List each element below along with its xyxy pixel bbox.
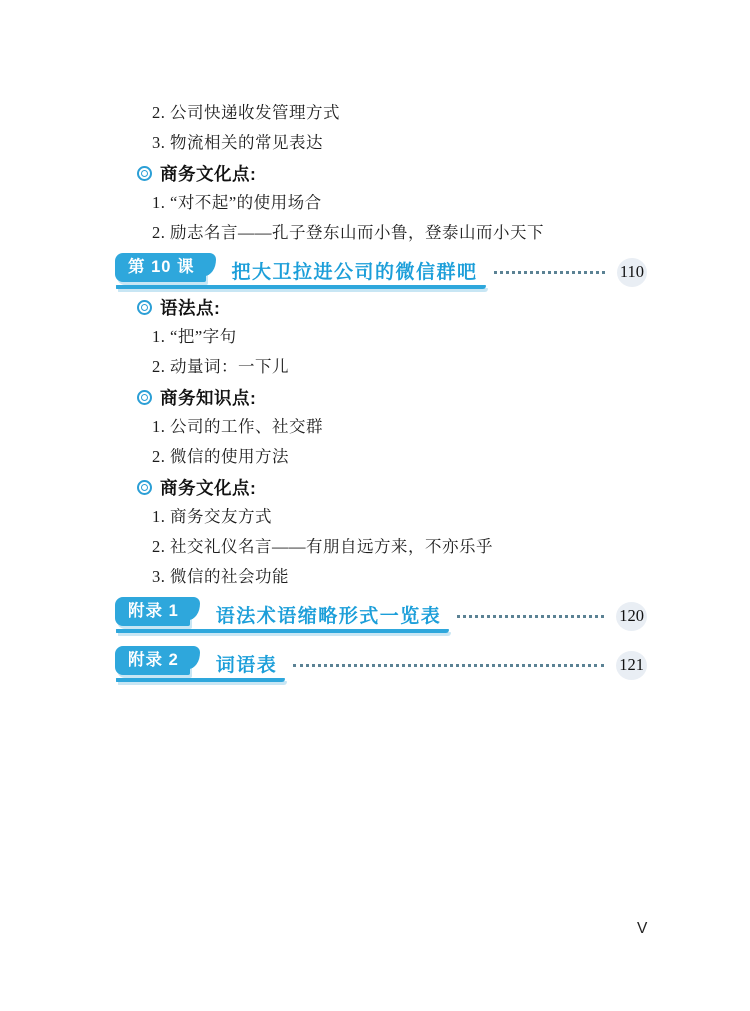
section-heading-label: 语法点: xyxy=(160,295,220,320)
toc-item: 2. 微信的使用方法 xyxy=(115,448,647,466)
appendix-badge: 附录 2 xyxy=(115,646,190,675)
appendix-head: 附录 1 语法术语缩略形式一览表 xyxy=(115,597,441,633)
appendix-title: 词语表 xyxy=(216,656,278,675)
double-circle-bullet-icon xyxy=(137,390,152,405)
page-number-badge: 110 xyxy=(617,258,647,287)
dotted-leader xyxy=(457,615,604,618)
toc-item: 2. 动量词：一下儿 xyxy=(115,358,647,376)
toc-item: 2. 公司快递收发管理方式 xyxy=(115,104,647,122)
lesson-entry: 第 10 课 把大卫拉进公司的微信群吧 110 xyxy=(115,254,647,288)
dotted-leader xyxy=(293,664,604,667)
dotted-leader xyxy=(494,271,605,274)
folio-page-number: V xyxy=(637,920,647,938)
appendix-title: 语法术语缩略形式一览表 xyxy=(216,607,442,626)
section-heading: 商务知识点: xyxy=(115,388,647,406)
double-circle-bullet-icon xyxy=(137,480,152,495)
section-heading: 商务文化点: xyxy=(115,478,647,496)
section-heading-label: 商务文化点: xyxy=(160,475,256,500)
toc-item: 1. 公司的工作、社交群 xyxy=(115,418,647,436)
section-heading-label: 商务文化点: xyxy=(160,161,256,186)
double-circle-bullet-icon xyxy=(137,300,152,315)
toc-item: 1. “对不起”的使用场合 xyxy=(115,194,647,212)
toc-item: 2. 社交礼仪名言——有朋自远方来，不亦乐乎 xyxy=(115,538,647,556)
toc-item: 1. “把”字句 xyxy=(115,328,647,346)
toc-item: 3. 微信的社会功能 xyxy=(115,568,647,586)
double-circle-bullet-icon xyxy=(137,166,152,181)
toc-item: 2. 励志名言——孔子登东山而小鲁，登泰山而小天下 xyxy=(115,224,647,242)
appendix-badge: 附录 1 xyxy=(115,597,190,626)
section-heading-label: 商务知识点: xyxy=(160,385,256,410)
section-heading: 商务文化点: xyxy=(115,164,647,182)
lesson-badge: 第 10 课 xyxy=(115,253,206,282)
lesson-title: 把大卫拉进公司的微信群吧 xyxy=(232,263,478,282)
appendix-entry: 附录 1 语法术语缩略形式一览表 120 xyxy=(115,598,647,632)
toc-item: 3. 物流相关的常见表达 xyxy=(115,134,647,152)
appendix-entry: 附录 2 词语表 121 xyxy=(115,647,647,681)
appendix-head: 附录 2 词语表 xyxy=(115,646,277,682)
table-of-contents: 2. 公司快递收发管理方式 3. 物流相关的常见表达 商务文化点: 1. “对不… xyxy=(115,104,647,681)
lesson-head: 第 10 课 把大卫拉进公司的微信群吧 xyxy=(115,253,478,289)
toc-item: 1. 商务交友方式 xyxy=(115,508,647,526)
section-heading: 语法点: xyxy=(115,298,647,316)
page-number-badge: 121 xyxy=(616,651,647,680)
page-number-badge: 120 xyxy=(616,602,647,631)
